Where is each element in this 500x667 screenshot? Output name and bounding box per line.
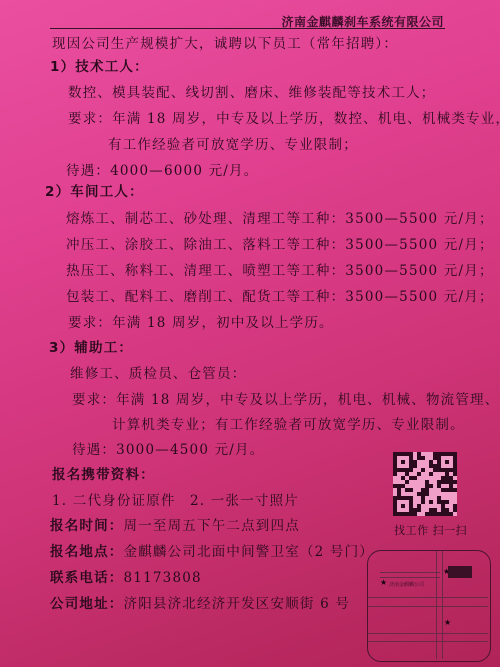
section-2-line: 热压工、称料工、清理工、喷塑工等工种：3500—5500 元/月； (66, 259, 494, 279)
star-marker-icon: ★ (444, 619, 451, 627)
map-road (368, 606, 488, 607)
address-label: 公司地址： (50, 596, 124, 612)
section-1-line: 有工作经验者可放宽学历、专业限制； (108, 133, 358, 153)
section-2-line: 熔炼工、制芯工、砂处理、清理工等工种：3500—5500 元/月； (66, 207, 494, 227)
section-1-title: 1）技术工人： (50, 55, 149, 75)
address-value: 济阳县济北经济开发区安顺街 6 号 (124, 596, 351, 612)
section-2-title: 2）车间工人： (45, 180, 144, 200)
qr-code[interactable] (393, 452, 457, 516)
section-2-line: 要求：年满 18 周岁，初中及以上学历。 (68, 311, 334, 331)
phone-value: 81173808 (124, 570, 202, 586)
qr-caption: 找工作 扫一扫 (394, 522, 467, 538)
map-road (368, 597, 488, 598)
map-road (368, 641, 488, 642)
map-road (380, 572, 440, 573)
phone-row: 联系电话：81173808 (50, 566, 202, 586)
section-3-title: 3）辅助工： (49, 336, 133, 356)
map-road (380, 577, 440, 578)
map-landmark-box (448, 566, 472, 578)
map-road (368, 633, 488, 634)
map-label-company: 济南金麒麟公司 (389, 581, 424, 588)
address-row: 公司地址：济阳县济北经济开发区安顺街 6 号 (50, 592, 350, 612)
place-row: 报名地点：金麒麟公司北面中间警卫室（2 号门） (50, 540, 374, 560)
section-1-line: 待遇：4000—6000 元/月。 (66, 159, 258, 179)
section-3-line: 要求：年满 18 周岁，中专及以上学历，机电、机械、物流管理、 (72, 388, 499, 408)
phone-label: 联系电话： (50, 570, 124, 586)
time-row: 报名时间：周一至周五下午二点到四点 (50, 514, 300, 534)
recruitment-notice: 济南金麒麟刹车系统有限公司 现因公司生产规模扩大，诚聘以下员工（常年招聘）： 1… (0, 0, 500, 667)
time-value: 周一至周五下午二点到四点 (124, 518, 300, 534)
header-divider (50, 28, 445, 29)
section-2-line: 冲压工、涂胶工、除油工、落料工等工种：3500—5500 元/月； (66, 233, 494, 253)
place-value: 金麒麟公司北面中间警卫室（2 号门） (124, 544, 374, 560)
section-3-line: 待遇：3000—4500 元/月。 (72, 438, 264, 458)
star-marker-icon: ★ (380, 579, 387, 587)
section-2-line: 包装工、配料工、磨削工、配货工等工种：3500—5500 元/月； (66, 285, 494, 305)
material-item: 1. 二代身份证原件 (52, 489, 176, 509)
section-3-line: 维修工、质检员、仓管员： (70, 362, 246, 382)
place-label: 报名地点： (50, 544, 124, 560)
section-1-line: 数控、模具装配、线切割、磨床、维修装配等技术工人； (68, 81, 436, 101)
materials-label: 报名携带资料： (52, 463, 155, 483)
map-road (436, 551, 437, 659)
intro-text: 现因公司生产规模扩大，诚聘以下员工（常年招聘）： (52, 32, 398, 52)
time-label: 报名时间： (50, 518, 124, 534)
material-item: 2. 一张一寸照片 (190, 489, 299, 509)
section-1-line: 要求：年满 18 周岁，中专及以上学历，数控、机电、机械类专业， (68, 107, 500, 127)
section-3-line: 计算机类专业；有工作经验者可放宽学历、专业限制。 (112, 413, 465, 433)
